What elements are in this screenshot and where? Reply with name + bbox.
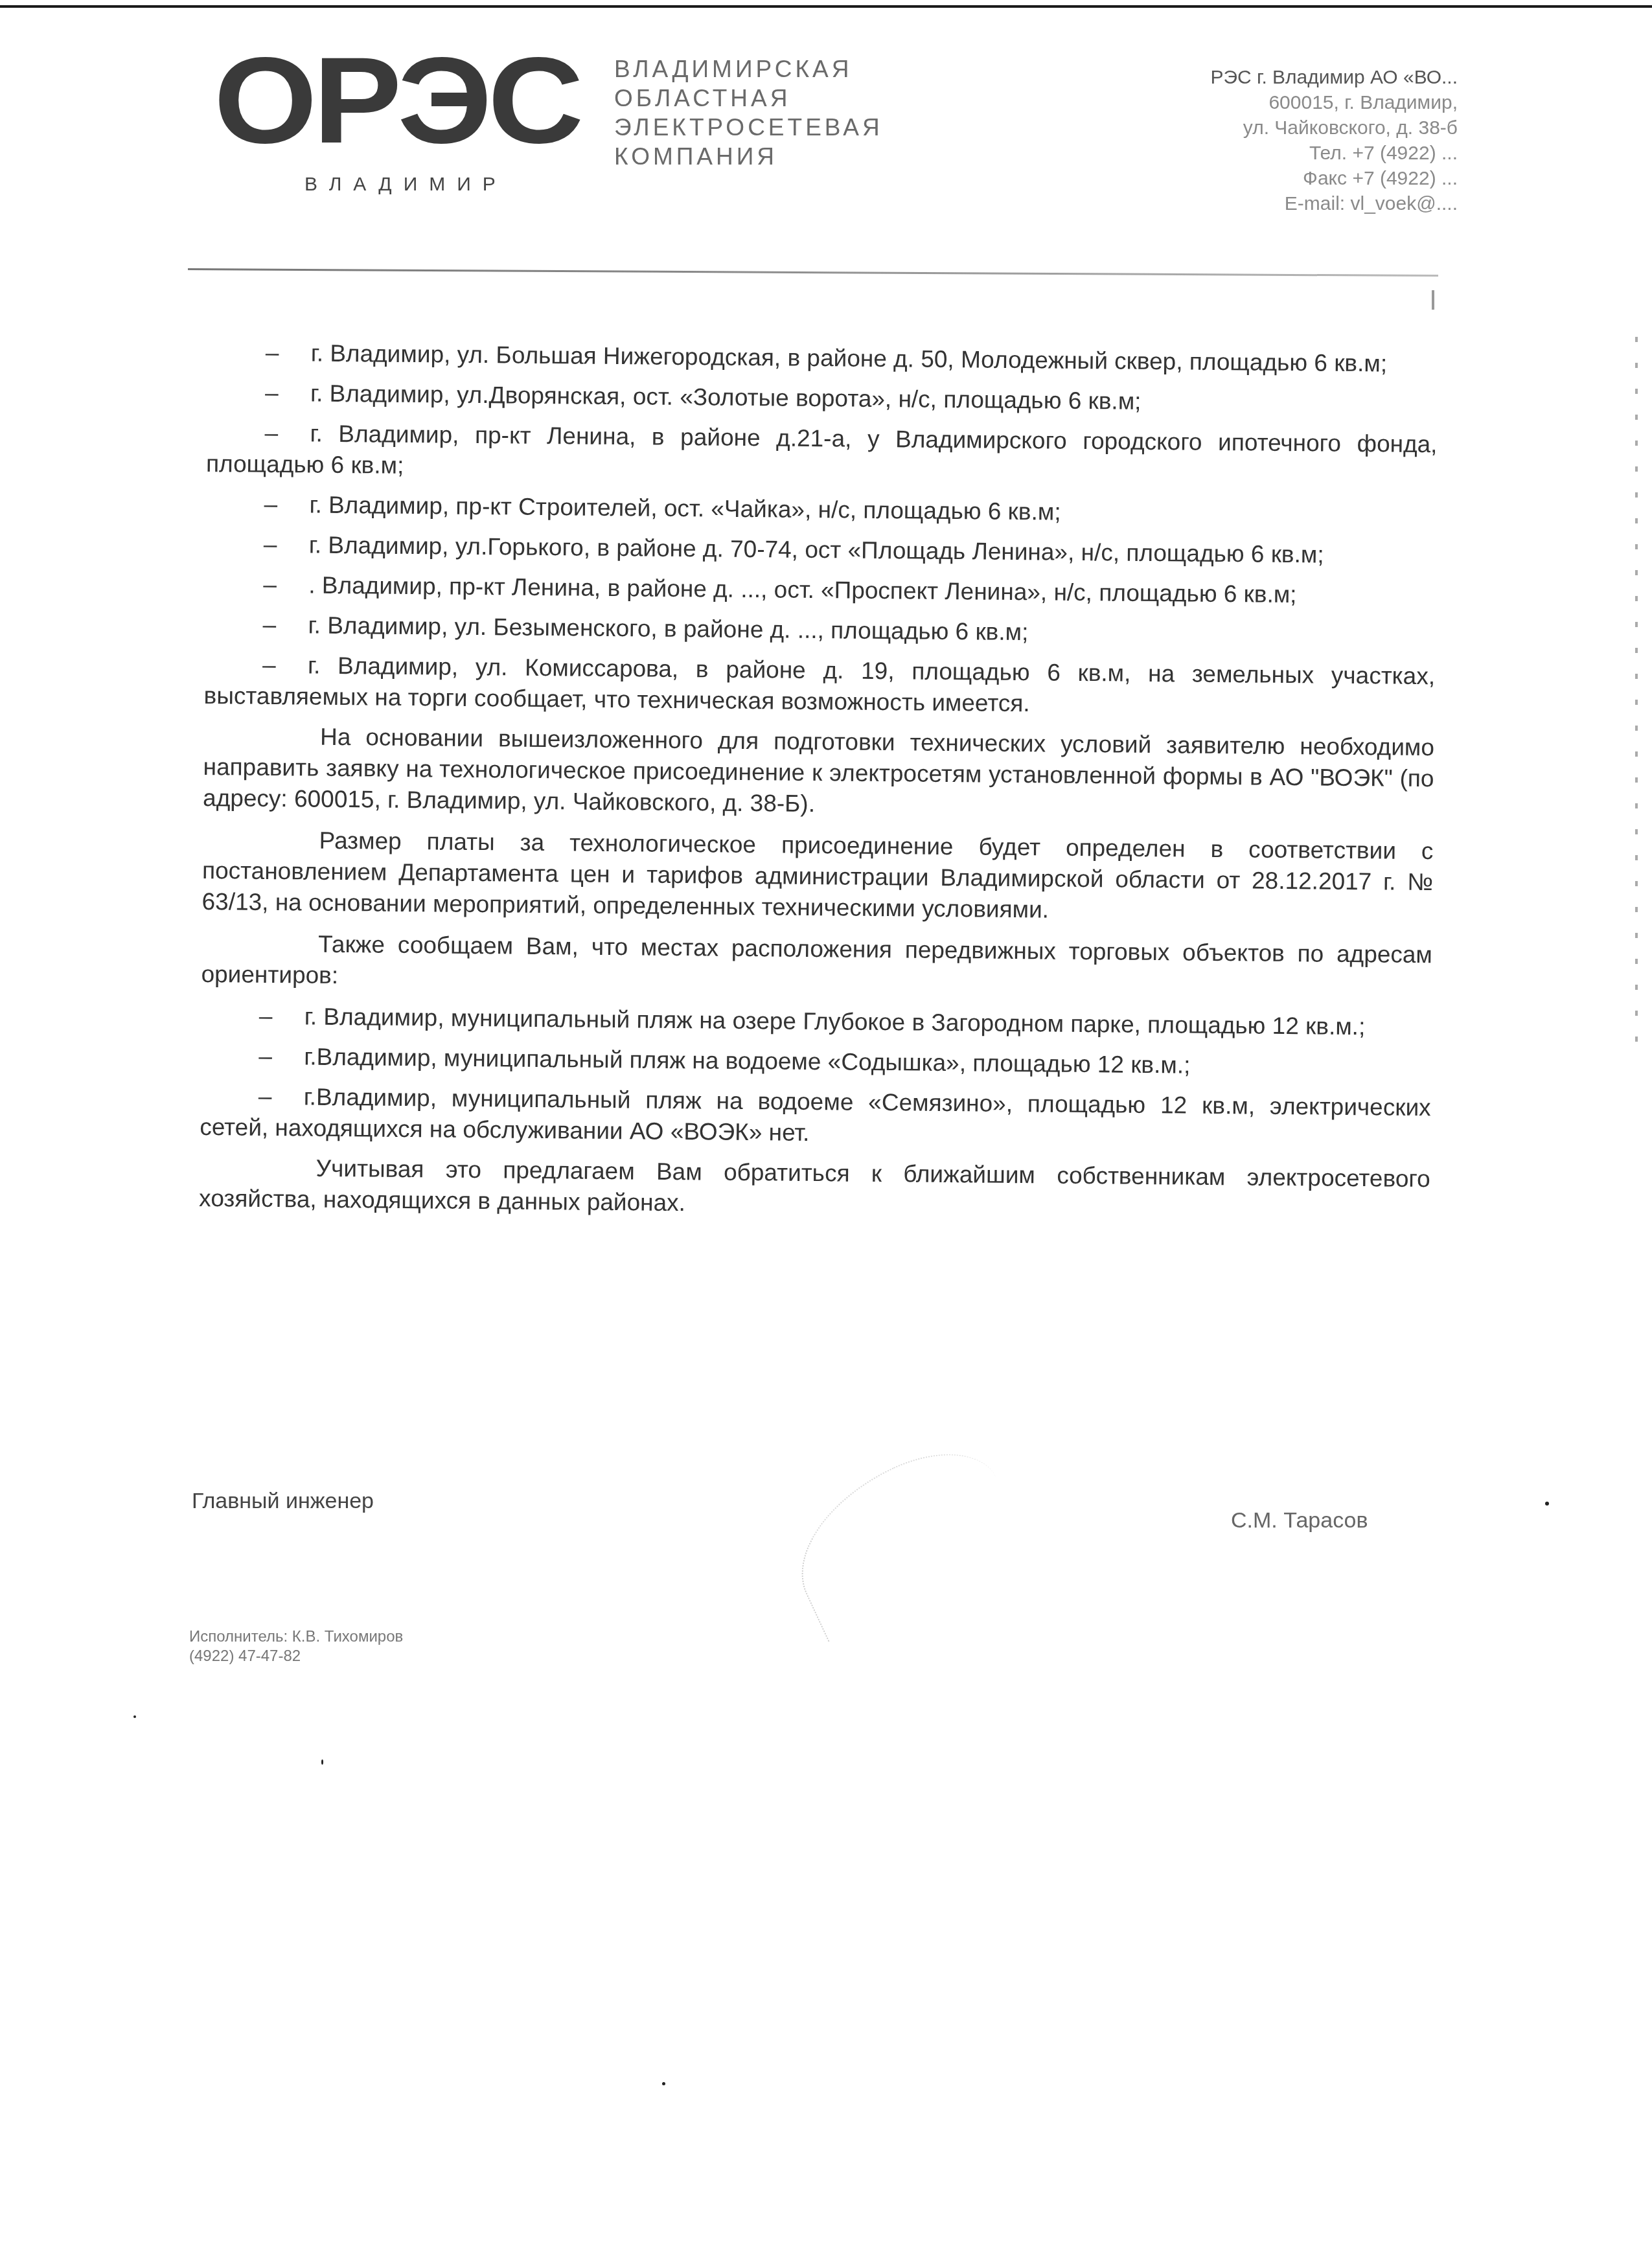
list-item: –г. Владимир, пр-кт Строителей, ост. «Ча… bbox=[205, 488, 1436, 531]
logo-mark: ОРЭС bbox=[214, 39, 580, 162]
paragraph-also: Также сообщаем Вам, что местах расположе… bbox=[201, 928, 1432, 1002]
list-dash: – bbox=[264, 529, 309, 561]
list-dash: – bbox=[258, 1081, 304, 1113]
list-dash: – bbox=[265, 378, 310, 409]
list-item-text: . Владимир, пр-кт Ленина, в районе д. ..… bbox=[308, 572, 1297, 608]
list-item-text: г. Владимир, ул. Большая Нижегородская, … bbox=[311, 340, 1388, 377]
company-name-line: ВЛАДИМИРСКАЯ bbox=[614, 54, 883, 84]
scan-speck bbox=[1545, 1502, 1549, 1506]
list-item: –г.Владимир, муниципальный пляж на водое… bbox=[200, 1040, 1431, 1083]
scanned-letter-page: ОРЭС ВЛАДИМИР ВЛАДИМИРСКАЯ ОБЛАСТНАЯ ЭЛЕ… bbox=[0, 0, 1652, 2268]
contact-block: РЭС г. Владимир АО «ВО... 600015, г. Вла… bbox=[1211, 65, 1458, 216]
header-divider bbox=[188, 268, 1438, 277]
list-item: –г. Владимир, ул. Большая Нижегородская,… bbox=[207, 337, 1438, 380]
list-item: –г.Владимир, муниципальный пляж на водое… bbox=[200, 1081, 1431, 1154]
logo-city: ВЛАДИМИР bbox=[304, 174, 507, 196]
list-item-text: г. Владимир, пр-кт Строителей, ост. «Чай… bbox=[309, 492, 1061, 525]
list-item-text: г. Владимир, ул. Безыменского, в районе … bbox=[308, 612, 1029, 646]
location-list-primary: –г. Владимир, ул. Большая Нижегородская,… bbox=[203, 337, 1438, 723]
scan-edge-line bbox=[0, 5, 1652, 8]
signature-scribble bbox=[773, 1430, 1029, 1642]
list-dash: – bbox=[263, 569, 308, 601]
list-item: –г. Владимир, ул.Горького, в районе д. 7… bbox=[205, 529, 1436, 571]
list-item: –г. Владимир, ул.Дворянская, ост. «Золот… bbox=[207, 377, 1438, 420]
list-item: –. Владимир, пр-кт Ленина, в районе д. .… bbox=[205, 569, 1436, 612]
paragraph-basis: На основании вышеизложенного для подгото… bbox=[203, 720, 1434, 825]
executor-phone: (4922) 47-47-82 bbox=[189, 1647, 403, 1666]
list-dash: – bbox=[262, 650, 308, 682]
scan-speck bbox=[662, 2082, 665, 2085]
company-name-line: ОБЛАСТНАЯ bbox=[614, 84, 883, 113]
location-list-beaches: –г. Владимир, муниципальный пляж на озер… bbox=[200, 1000, 1432, 1154]
list-dash: – bbox=[264, 489, 309, 521]
contact-postcode: 600015, г. Владимир, bbox=[1211, 90, 1458, 115]
signatory-name: С.М. Тарасов bbox=[1231, 1508, 1368, 1533]
list-item-text: г. Владимир, ул. Комиссарова, в районе д… bbox=[203, 652, 1435, 717]
list-dash: – bbox=[258, 1041, 304, 1073]
company-name-line: ЭЛЕКТРОСЕТЕВАЯ bbox=[614, 113, 883, 142]
company-logo: ОРЭС ВЛАДИМИР bbox=[214, 39, 615, 168]
paragraph-suggest: Учитывая это предлагаем Вам обратиться к… bbox=[199, 1152, 1430, 1226]
list-item: –г. Владимир, пр-кт Ленина, в районе д.2… bbox=[206, 417, 1438, 491]
contact-phone: Тел. +7 (4922) ... bbox=[1211, 141, 1458, 166]
list-dash: – bbox=[259, 1001, 304, 1033]
list-item-text: г. Владимир, ул.Горького, в районе д. 70… bbox=[309, 532, 1324, 568]
list-item: –г. Владимир, ул. Безыменского, в районе… bbox=[205, 609, 1436, 652]
scan-speck bbox=[133, 1715, 136, 1718]
letter-body: –г. Владимир, ул. Большая Нижегородская,… bbox=[199, 337, 1438, 1226]
list-dash: – bbox=[263, 610, 308, 641]
signatory-position: Главный инженер bbox=[192, 1489, 374, 1514]
list-dash: – bbox=[266, 338, 311, 369]
company-name-line: КОМПАНИЯ bbox=[614, 142, 883, 171]
header-divider-mark bbox=[1432, 290, 1434, 310]
contact-email: E-mail: vl_voek@.... bbox=[1211, 191, 1458, 216]
executor-name: Исполнитель: К.В. Тихомиров bbox=[189, 1627, 403, 1647]
list-item-text: г.Владимир, муниципальный пляж на водоем… bbox=[200, 1083, 1431, 1145]
contact-street: ул. Чайковского, д. 38-б bbox=[1211, 115, 1458, 141]
list-item-text: г. Владимир, пр-кт Ленина, в районе д.21… bbox=[206, 420, 1438, 479]
list-item: –г. Владимир, ул. Комиссарова, в районе … bbox=[203, 649, 1435, 723]
paragraph-fee: Размер платы за технологическое присоеди… bbox=[201, 824, 1433, 929]
contact-org: РЭС г. Владимир АО «ВО... bbox=[1211, 65, 1458, 90]
list-item-text: г. Владимир, ул.Дворянская, ост. «Золоты… bbox=[310, 380, 1141, 415]
list-item-text: г.Владимир, муниципальный пляж на водоем… bbox=[304, 1043, 1190, 1078]
scan-speck bbox=[321, 1759, 323, 1765]
scan-edge-marks bbox=[1635, 337, 1638, 1049]
company-name: ВЛАДИМИРСКАЯ ОБЛАСТНАЯ ЭЛЕКТРОСЕТЕВАЯ КО… bbox=[614, 54, 883, 171]
executor-block: Исполнитель: К.В. Тихомиров (4922) 47-47… bbox=[189, 1627, 403, 1666]
contact-fax: Факс +7 (4922) ... bbox=[1211, 166, 1458, 191]
list-dash: – bbox=[264, 418, 310, 450]
